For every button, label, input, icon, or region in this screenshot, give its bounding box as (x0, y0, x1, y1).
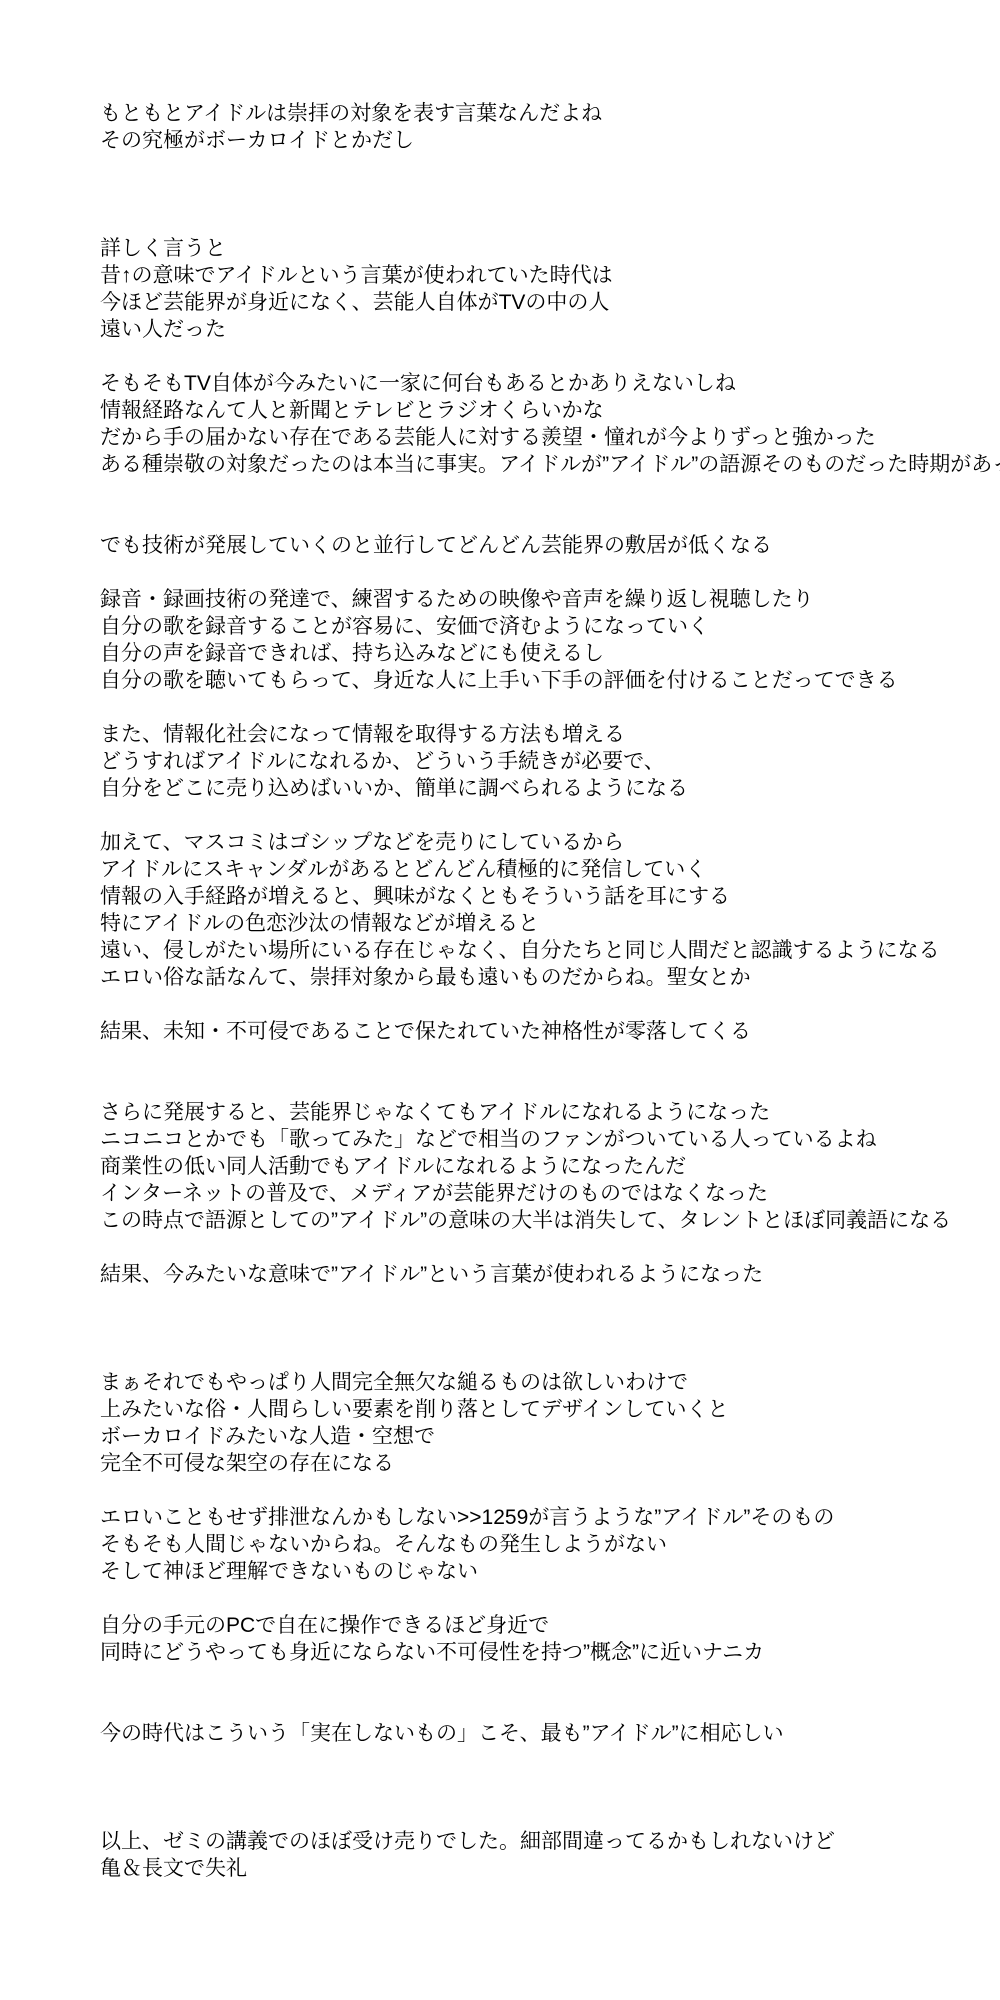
text-line: また、情報化社会になって情報を取得する方法も増える (100, 721, 990, 748)
text-line (100, 343, 990, 370)
text-line (100, 1666, 990, 1693)
post-body: もともとアイドルは崇拝の対象を表す言葉なんだよねその究極がボーカロイドとかだし … (0, 0, 1000, 1882)
text-line (100, 208, 990, 235)
text-line: その究極がボーカロイドとかだし (100, 127, 990, 154)
text-line: 今ほど芸能界が身近になく、芸能人自体がTVの中の人 (100, 289, 990, 316)
document-page: もともとアイドルは崇拝の対象を表す言葉なんだよねその究極がボーカロイドとかだし … (0, 0, 1000, 2000)
text-line (100, 1774, 990, 1801)
text-line (100, 1585, 990, 1612)
text-line: 同時にどうやっても身近にならない不可侵性を持つ”概念”に近いナニカ (100, 1639, 990, 1666)
text-line: 昔↑の意味でアイドルという言葉が使われていた時代は (100, 262, 990, 289)
text-line (100, 559, 990, 586)
text-line: でも技術が発展していくのと並行してどんどん芸能界の敷居が低くなる (100, 532, 990, 559)
text-line (100, 1315, 990, 1342)
text-line: 自分をどこに売り込めばいいか、簡単に調べられるようになる (100, 775, 990, 802)
text-line: 今の時代はこういう「実在しないもの」こそ、最も”アイドル”に相応しい (100, 1720, 990, 1747)
text-line: 詳しく言うと (100, 235, 990, 262)
text-line: インターネットの普及で、メディアが芸能界だけのものではなくなった (100, 1180, 990, 1207)
text-line (100, 1072, 990, 1099)
text-line (100, 478, 990, 505)
text-line: エロい俗な話なんて、崇拝対象から最も遠いものだからね。聖女とか (100, 964, 990, 991)
text-line: アイドルにスキャンダルがあるとどんどん積極的に発信していく (100, 856, 990, 883)
text-line (100, 1747, 990, 1774)
text-line: 以上、ゼミの講義でのほぼ受け売りでした。細部間違ってるかもしれないけど (100, 1828, 990, 1855)
text-line: 亀＆長文で失礼 (100, 1855, 990, 1882)
text-line: エロいこともせず排泄なんかもしない>>1259が言うような”アイドル”そのもの (100, 1504, 990, 1531)
text-line: 結果、未知・不可侵であることで保たれていた神格性が零落してくる (100, 1018, 990, 1045)
text-line: ニコニコとかでも「歌ってみた」などで相当のファンがついている人っているよね (100, 1126, 990, 1153)
text-line (100, 1693, 990, 1720)
text-line: 自分の歌を聴いてもらって、身近な人に上手い下手の評価を付けることだってできる (100, 667, 990, 694)
text-line: 自分の手元のPCで自在に操作できるほど身近で (100, 1612, 990, 1639)
text-line: 遠い人だった (100, 316, 990, 343)
text-line (100, 181, 990, 208)
text-line: もともとアイドルは崇拝の対象を表す言葉なんだよね (100, 100, 990, 127)
text-line: だから手の届かない存在である芸能人に対する羨望・憧れが今よりずっと強かった (100, 424, 990, 451)
text-line: さらに発展すると、芸能界じゃなくてもアイドルになれるようになった (100, 1099, 990, 1126)
text-line: 結果、今みたいな意味で”アイドル”という言葉が使われるようになった (100, 1261, 990, 1288)
text-line: 自分の歌を録音することが容易に、安価で済むようになっていく (100, 613, 990, 640)
text-line: 完全不可侵な架空の存在になる (100, 1450, 990, 1477)
text-line: 上みたいな俗・人間らしい要素を削り落としてデザインしていくと (100, 1396, 990, 1423)
text-line (100, 991, 990, 1018)
text-line: 特にアイドルの色恋沙汰の情報などが増えると (100, 910, 990, 937)
text-line (100, 154, 990, 181)
text-line (100, 802, 990, 829)
text-line (100, 1801, 990, 1828)
text-line: 商業性の低い同人活動でもアイドルになれるようになったんだ (100, 1153, 990, 1180)
text-line: 情報経路なんて人と新聞とテレビとラジオくらいかな (100, 397, 990, 424)
text-line: ある種崇敬の対象だったのは本当に事実。アイドルが”アイドル”の語源そのものだった… (100, 451, 990, 478)
text-line: まぁそれでもやっぱり人間完全無欠な縋るものは欲しいわけで (100, 1369, 990, 1396)
text-line (100, 694, 990, 721)
text-line: そもそもTV自体が今みたいに一家に何台もあるとかありえないしね (100, 370, 990, 397)
text-line: ボーカロイドみたいな人造・空想で (100, 1423, 990, 1450)
text-line: 加えて、マスコミはゴシップなどを売りにしているから (100, 829, 990, 856)
text-line: どうすればアイドルになれるか、どういう手続きが必要で、 (100, 748, 990, 775)
text-line (100, 1234, 990, 1261)
text-line: 情報の入手経路が増えると、興味がなくともそういう話を耳にする (100, 883, 990, 910)
text-line: 自分の声を録音できれば、持ち込みなどにも使えるし (100, 640, 990, 667)
text-line (100, 1288, 990, 1315)
text-line: そして神ほど理解できないものじゃない (100, 1558, 990, 1585)
text-line (100, 1045, 990, 1072)
text-line (100, 1477, 990, 1504)
text-line (100, 1342, 990, 1369)
text-line: 録音・録画技術の発達で、練習するための映像や音声を繰り返し視聴したり (100, 586, 990, 613)
text-line (100, 505, 990, 532)
text-line: 遠い、侵しがたい場所にいる存在じゃなく、自分たちと同じ人間だと認識するようになる (100, 937, 990, 964)
text-line: そもそも人間じゃないからね。そんなもの発生しようがない (100, 1531, 990, 1558)
text-line: この時点で語源としての”アイドル”の意味の大半は消失して、タレントとほぼ同義語に… (100, 1207, 990, 1234)
